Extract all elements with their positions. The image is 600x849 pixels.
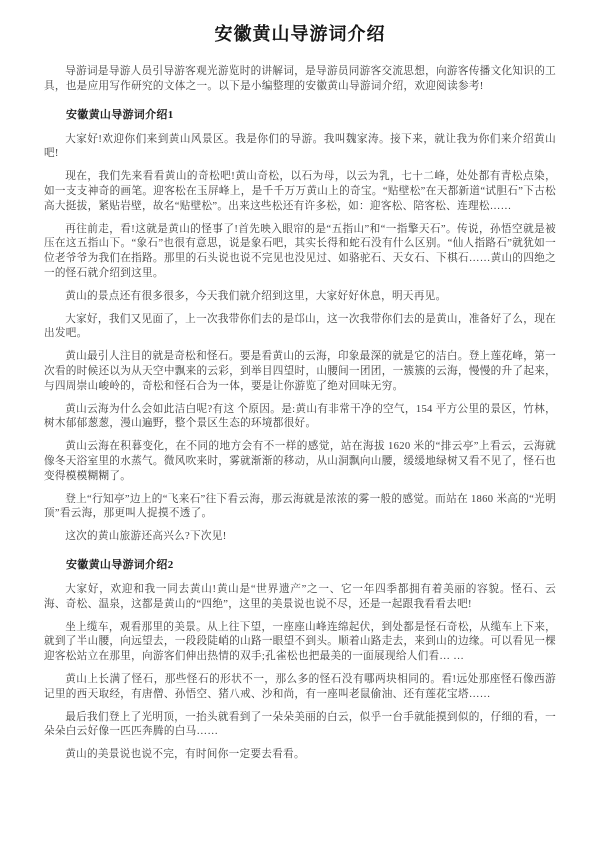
paragraph: 再往前走，看!这就是黄山的怪事了!首先映入眼帘的是“五指山”和“一指擎天石”。传… [44,223,556,282]
paragraph: 黄山最引人注目的就是奇松和怪石。要是看黄山的云海，印象最深的就是它的洁白。登上莲… [44,350,556,394]
paragraph: 黄山上长满了怪石，那些怪石的形状不一，那么多的怪石没有哪两块相同的。看!远处那座… [44,673,556,703]
sections-container: 安徽黄山导游词介绍1大家好!欢迎你们来到黄山风景区。我是你们的导游。我叫魏家涛。… [44,108,556,763]
intro-paragraph: 导游词是导游人员引导游客观光游览时的讲解词，是导游员同游客交流思想，向游客传播文… [44,65,556,95]
document-page: 安徽黄山导游词介绍 导游词是导游人员引导游客观光游览时的讲解词，是导游员同游客交… [0,0,600,849]
paragraph: 大家好!欢迎你们来到黄山风景区。我是你们的导游。我叫魏家涛。接下来，就让我为你们… [44,133,556,163]
paragraph: 黄山的美景说也说不完，有时间你一定要去看看。 [44,748,556,763]
paragraph: 大家好，我们又见面了，上一次我带你们去的是邙山，这一次我带你们去的是黄山，准备好… [44,313,556,343]
paragraph: 这次的黄山旅游还高兴么?下次见! [44,530,556,545]
paragraph: 黄山云海在积暮变化，在不同的地方会有不一样的感觉，站在海拔 1620 米的“排云… [44,440,556,484]
section-heading: 安徽黄山导游词介绍1 [44,108,556,123]
paragraph: 黄山云海为什么会如此洁白呢?有这 个原因。是:黄山有非常干净的空气，154 平方… [44,403,556,433]
paragraph: 黄山的景点还有很多很多，今天我们就介绍到这里，大家好好休息，明天再见。 [44,290,556,305]
paragraph: 坐上缆车，观看那里的美景。从上往下望，一座座山峰连绵起伏，到处都是怪石奇松，从缆… [44,621,556,665]
paragraph: 最后我们登上了光明顶，一抬头就看到了一朵朵美丽的白云，似乎一台手就能摸到似的，仔… [44,711,556,741]
paragraph: 登上“行知亭”边上的“飞来石”往下看云海，那云海就是浓浓的雾一般的感觉。而站在 … [44,493,556,523]
paragraph: 现在，我们先来看看黄山的奇松吧!黄山奇松，以石为母，以云为乳，七十二峰，处处都有… [44,170,556,214]
page-title: 安徽黄山导游词介绍 [44,20,556,46]
paragraph: 大家好，欢迎和我一同去黄山!黄山是“世界遗产”之一、它一年四季都拥有着美丽的容貌… [44,583,556,613]
section-heading: 安徽黄山导游词介绍2 [44,558,556,573]
